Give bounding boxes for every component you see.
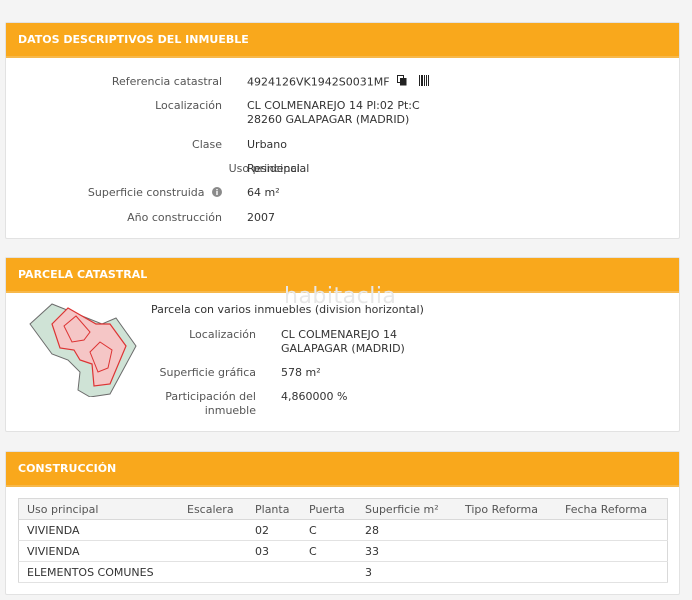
cell-fecha-reforma bbox=[557, 520, 668, 541]
cell-fecha-reforma bbox=[557, 541, 668, 562]
cell-uso: VIVIENDA bbox=[19, 520, 180, 541]
cell-planta: 02 bbox=[247, 520, 301, 541]
info-icon[interactable] bbox=[212, 187, 222, 200]
datos-descriptivos-panel: DATOS DESCRIPTIVOS DEL INMUEBLE Referenc… bbox=[5, 22, 680, 239]
parcela-panel: PARCELA CATASTRAL habitaclia Parcela con… bbox=[5, 257, 680, 432]
clase-label: Clase bbox=[192, 138, 222, 151]
parcela-localizacion-line2: GALAPAGAR (MADRID) bbox=[281, 342, 405, 356]
cell-escalera bbox=[179, 562, 247, 583]
col-escalera: Escalera bbox=[179, 499, 247, 520]
cell-superficie: 3 bbox=[357, 562, 457, 583]
cell-superficie: 33 bbox=[357, 541, 457, 562]
col-superficie: Superficie m² bbox=[357, 499, 457, 520]
table-row: ELEMENTOS COMUNES 3 bbox=[19, 562, 668, 583]
clase-value: Urbano bbox=[247, 138, 287, 152]
cell-escalera bbox=[179, 541, 247, 562]
col-puerta: Puerta bbox=[301, 499, 357, 520]
referencia-label: Referencia catastral bbox=[112, 75, 222, 88]
construccion-panel: CONSTRUCCIÓN Uso principal Escalera Plan… bbox=[5, 451, 680, 595]
participacion-label-2: inmueble bbox=[205, 404, 256, 417]
table-row: VIVIENDA 02 C 28 bbox=[19, 520, 668, 541]
cell-tipo-reforma bbox=[457, 520, 557, 541]
cell-tipo-reforma bbox=[457, 562, 557, 583]
copy-icon[interactable] bbox=[397, 75, 407, 90]
localizacion-line2: 28260 GALAPAGAR (MADRID) bbox=[247, 113, 409, 127]
cell-uso: VIVIENDA bbox=[19, 541, 180, 562]
cell-superficie: 28 bbox=[357, 520, 457, 541]
parcela-description: Parcela con varios inmuebles (division h… bbox=[151, 303, 424, 317]
referencia-text: 4924126VK1942S0031MF bbox=[247, 76, 390, 89]
parcela-map[interactable] bbox=[24, 302, 144, 397]
datos-descriptivos-title: DATOS DESCRIPTIVOS DEL INMUEBLE bbox=[6, 23, 679, 58]
superficie-label-text: Superficie construida bbox=[88, 186, 205, 199]
table-header-row: Uso principal Escalera Planta Puerta Sup… bbox=[19, 499, 668, 520]
localizacion-label: Localización bbox=[155, 99, 222, 112]
cell-puerta bbox=[301, 562, 357, 583]
cell-fecha-reforma bbox=[557, 562, 668, 583]
parcela-localizacion-line1: CL COLMENAREJO 14 bbox=[281, 328, 397, 342]
cell-planta: 03 bbox=[247, 541, 301, 562]
cell-uso: ELEMENTOS COMUNES bbox=[19, 562, 180, 583]
col-planta: Planta bbox=[247, 499, 301, 520]
anio-label: Año construcción bbox=[127, 211, 222, 224]
participacion-value: 4,860000 % bbox=[281, 390, 347, 404]
cell-planta bbox=[247, 562, 301, 583]
construccion-title: CONSTRUCCIÓN bbox=[6, 452, 679, 487]
cell-puerta: C bbox=[301, 541, 357, 562]
cell-escalera bbox=[179, 520, 247, 541]
table-row: VIVIENDA 03 C 33 bbox=[19, 541, 668, 562]
parcela-localizacion-label: Localización bbox=[189, 328, 256, 341]
cell-puerta: C bbox=[301, 520, 357, 541]
col-uso-principal: Uso principal bbox=[19, 499, 180, 520]
superficie-label: Superficie construida bbox=[88, 186, 222, 200]
superficie-value: 64 m² bbox=[247, 186, 280, 200]
parcela-superficie-value: 578 m² bbox=[281, 366, 321, 380]
referencia-value: 4924126VK1942S0031MF bbox=[247, 75, 429, 90]
construccion-table: Uso principal Escalera Planta Puerta Sup… bbox=[18, 498, 668, 583]
barcode-icon[interactable] bbox=[419, 75, 429, 90]
col-fecha-reforma: Fecha Reforma bbox=[557, 499, 668, 520]
col-tipo-reforma: Tipo Reforma bbox=[457, 499, 557, 520]
parcela-superficie-label: Superficie gráfica bbox=[160, 366, 257, 379]
anio-value: 2007 bbox=[247, 211, 275, 225]
cell-tipo-reforma bbox=[457, 541, 557, 562]
participacion-label-1: Participación del bbox=[165, 390, 256, 403]
localizacion-line1: CL COLMENAREJO 14 Pl:02 Pt:C bbox=[247, 99, 420, 113]
uso-principal-value: Residencial bbox=[247, 162, 309, 176]
